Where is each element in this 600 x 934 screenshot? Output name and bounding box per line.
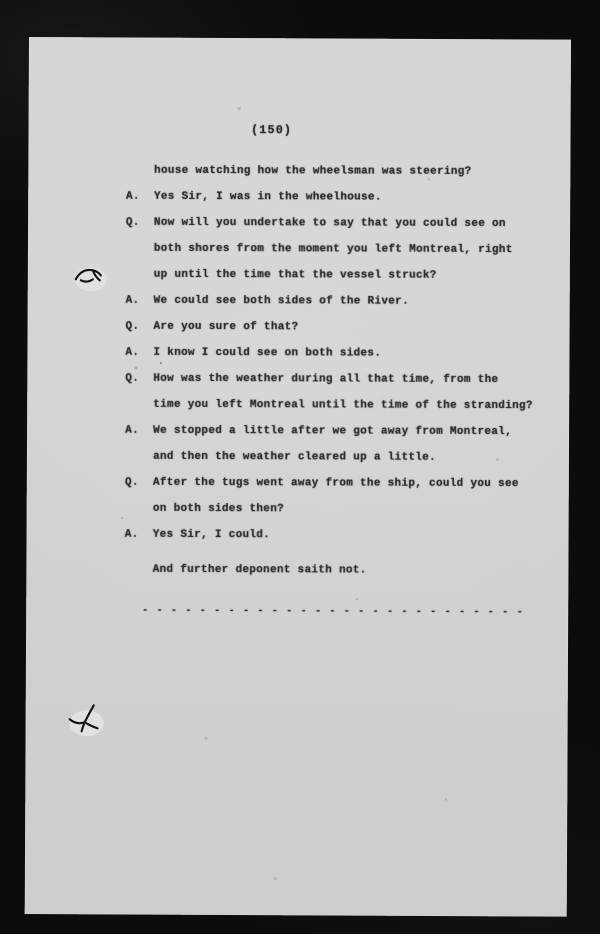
transcript-line: house watching how the wheelsman was ste… bbox=[28, 157, 556, 185]
speaker-marker bbox=[126, 158, 154, 184]
transcript-text: and then the weather cleared up a little… bbox=[153, 444, 436, 471]
speaker-marker: A. bbox=[125, 418, 153, 444]
speaker-marker bbox=[125, 392, 153, 418]
transcript-line: A. I know I could see on both sides. bbox=[27, 339, 555, 367]
speaker-marker bbox=[126, 262, 154, 288]
speaker-marker: Q. bbox=[125, 470, 153, 496]
transcript-text: After the tugs went away from the ship, … bbox=[153, 470, 519, 497]
transcript-text: Are you sure of that? bbox=[153, 314, 298, 341]
speaker-marker bbox=[125, 444, 153, 470]
photo-background: (150) house watching how the wheelsman w… bbox=[0, 0, 600, 934]
speaker-marker: Q. bbox=[125, 314, 153, 340]
speaker-marker: A. bbox=[126, 184, 154, 210]
transcript-text: house watching how the wheelsman was ste… bbox=[154, 158, 472, 185]
transcript-text: Yes Sir, I was in the wheelhouse. bbox=[154, 184, 382, 211]
closing-line: And further deponent saith not. bbox=[27, 556, 555, 584]
transcript-text: How was the weather during all that time… bbox=[153, 366, 498, 393]
transcript-line: A. Yes Sir, I could. bbox=[27, 521, 555, 549]
speaker-marker: Q. bbox=[126, 210, 154, 236]
transcript-line: time you left Montreal until the time of… bbox=[27, 391, 555, 419]
document-page: (150) house watching how the wheelsman w… bbox=[25, 37, 571, 917]
transcript-text: We could see both sides of the River. bbox=[154, 288, 409, 315]
transcript-line: Q. After the tugs went away from the shi… bbox=[27, 469, 555, 497]
transcript-text: Now will you undertake to say that you c… bbox=[154, 210, 506, 237]
paper-specks bbox=[29, 37, 30, 38]
transcript-text: We stopped a little after we got away fr… bbox=[153, 418, 512, 445]
speaker-marker: A. bbox=[126, 288, 154, 314]
divider-line: - - - - - - - - - - - - - - - - - - - - … bbox=[142, 606, 524, 619]
transcript-text: up until the time that the vessel struck… bbox=[154, 262, 437, 289]
transcript-line: Q. Now will you undertake to say that yo… bbox=[28, 209, 556, 237]
transcript-line: A. Yes Sir, I was in the wheelhouse. bbox=[28, 183, 556, 211]
transcript-text: I know I could see on both sides. bbox=[153, 340, 381, 367]
paper-tear-bottom-icon bbox=[64, 699, 112, 743]
speaker-marker: A. bbox=[125, 522, 153, 548]
transcript-text: Yes Sir, I could. bbox=[153, 522, 270, 548]
speaker-marker: A. bbox=[125, 340, 153, 366]
transcript: house watching how the wheelsman was ste… bbox=[27, 157, 556, 584]
paper-tear-top-icon bbox=[68, 257, 112, 299]
transcript-text: time you left Montreal until the time of… bbox=[153, 392, 533, 419]
speaker-marker bbox=[125, 496, 153, 522]
transcript-line: A. We stopped a little after we got away… bbox=[27, 417, 555, 445]
transcript-line: Q. Are you sure of that? bbox=[27, 313, 555, 341]
speaker-marker: Q. bbox=[125, 366, 153, 392]
speaker-marker bbox=[126, 236, 154, 262]
transcript-line: on both sides then? bbox=[27, 495, 555, 523]
transcript-line: Q. How was the weather during all that t… bbox=[27, 365, 555, 393]
transcript-text: both shores from the moment you left Mon… bbox=[154, 236, 513, 263]
transcript-text: on both sides then? bbox=[153, 496, 284, 522]
page-number: (150) bbox=[142, 123, 402, 138]
transcript-line: and then the weather cleared up a little… bbox=[27, 443, 555, 471]
